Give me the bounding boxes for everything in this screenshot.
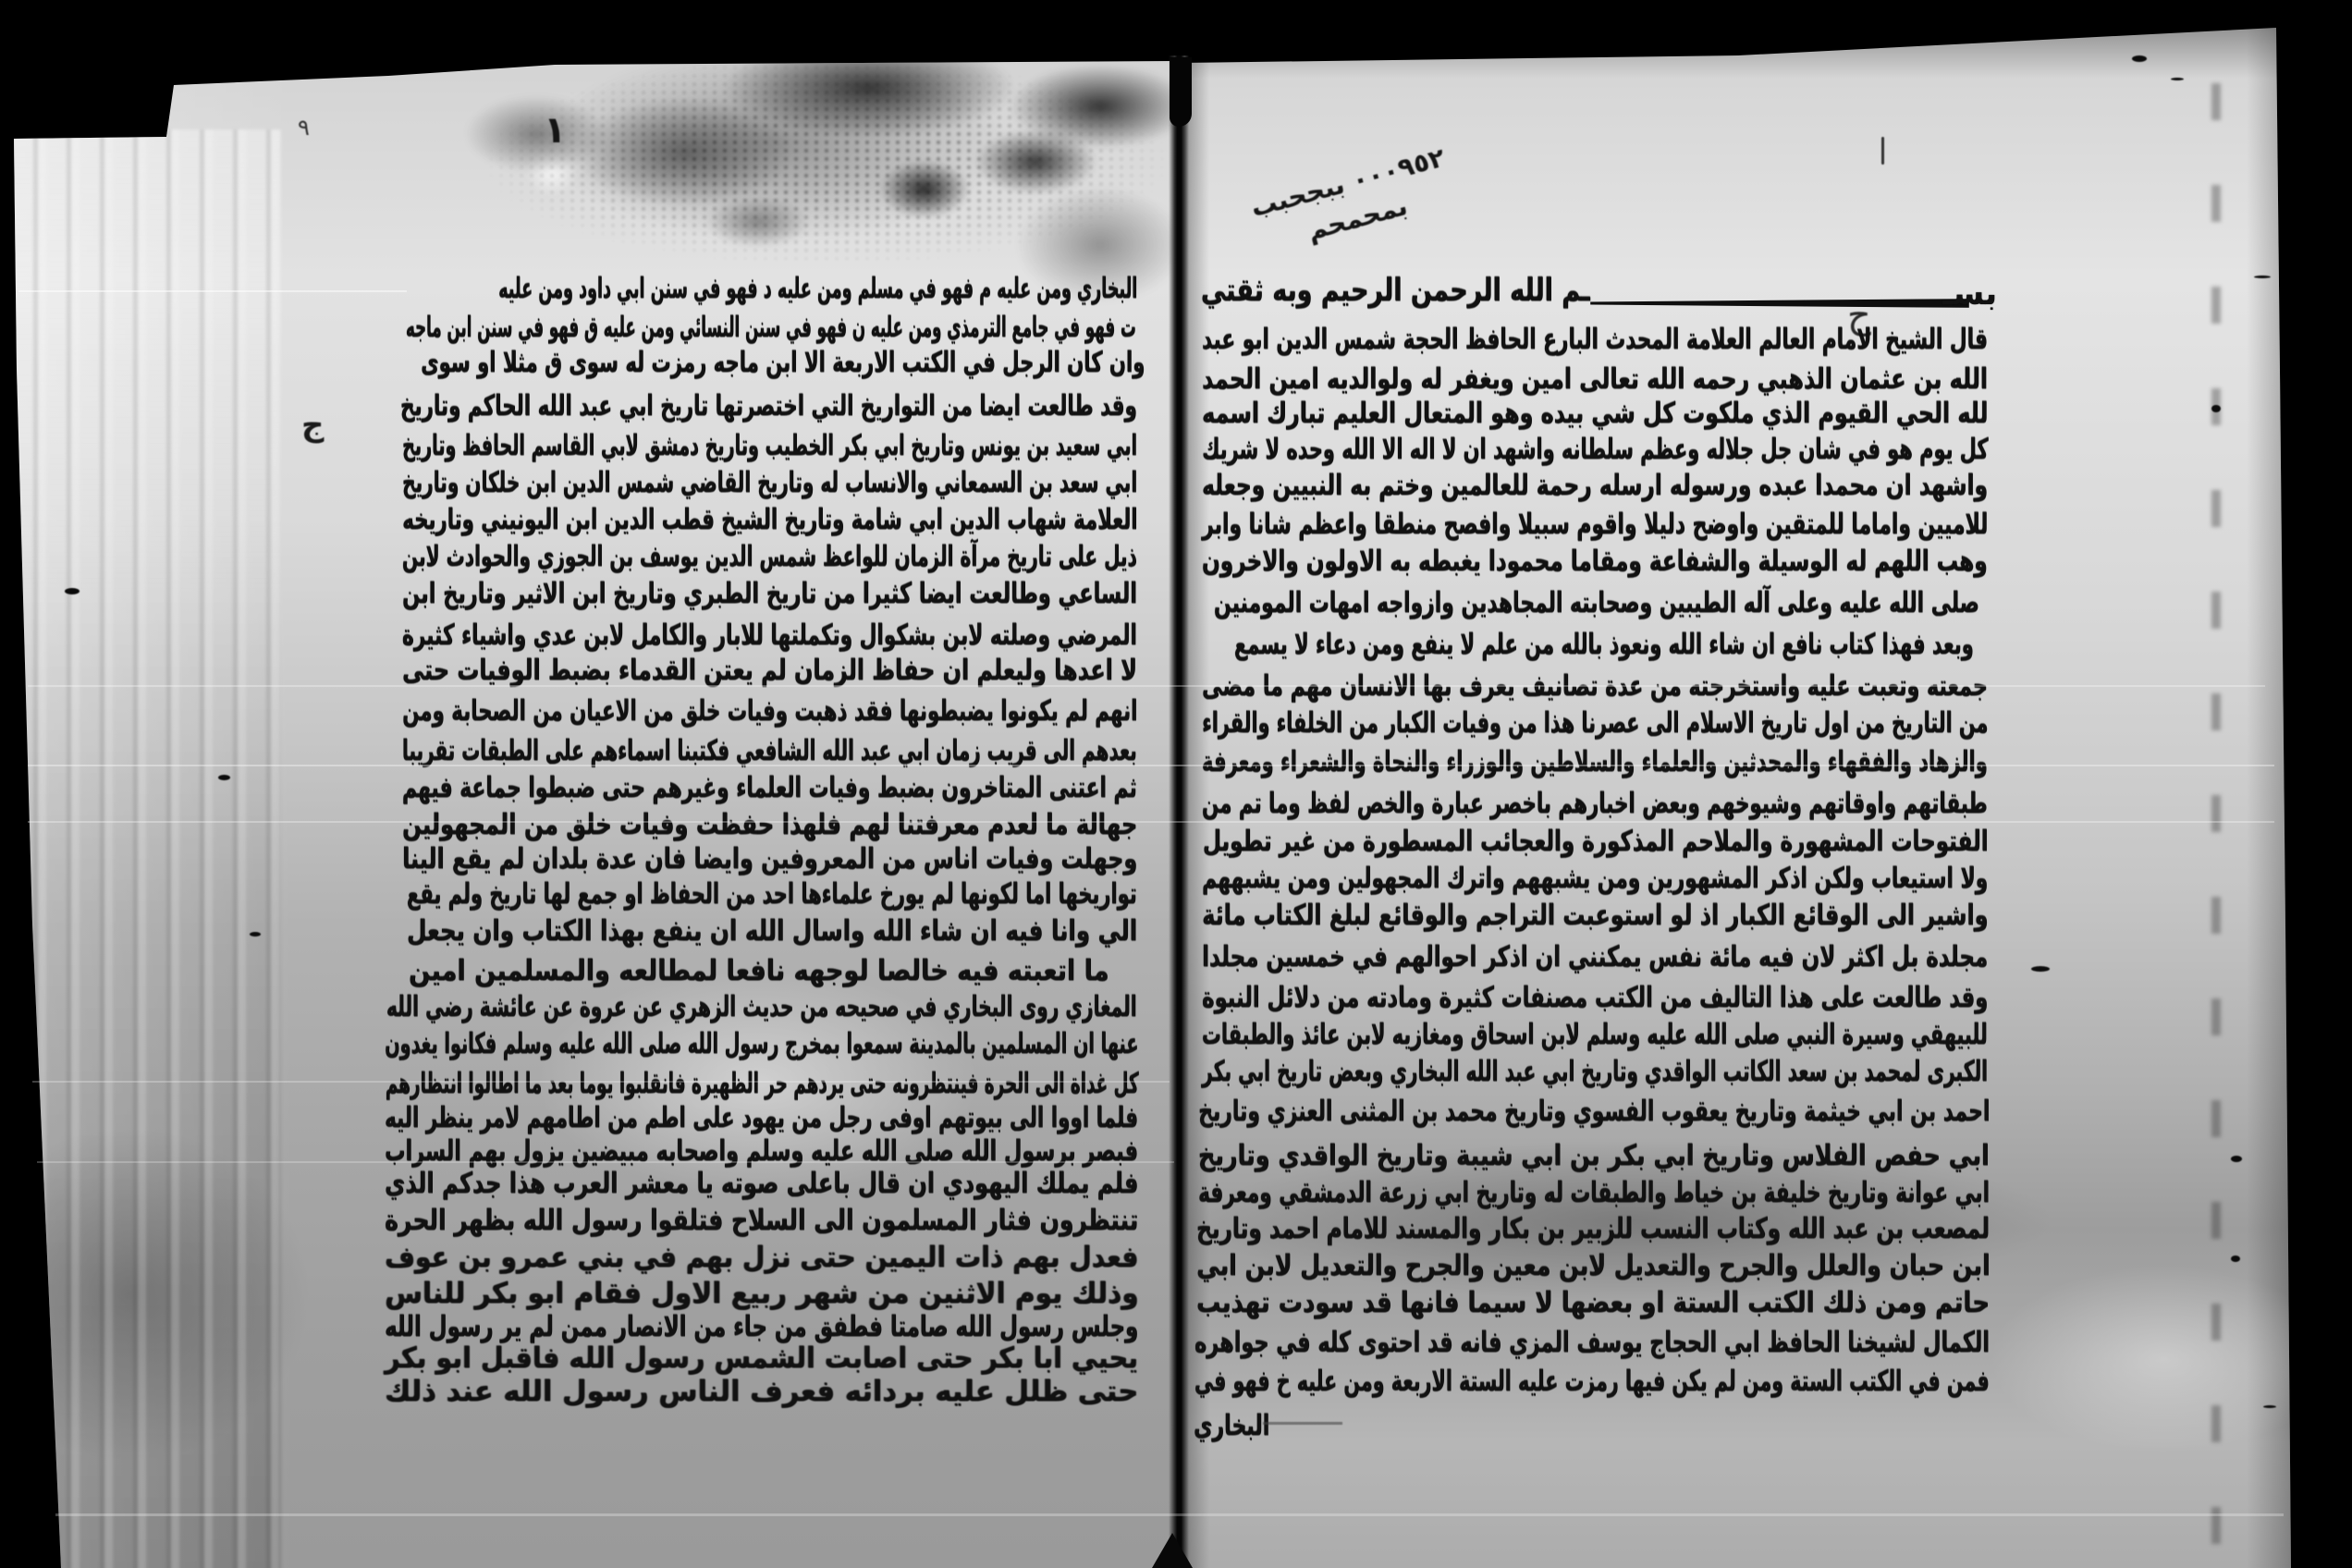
text-line: فمن في الكتب الستة ومن لم يكن فيها رمزت … xyxy=(1194,1361,1990,1402)
text-line: البخاري ومن عليه م فهو في مسلم ومن عليه … xyxy=(498,268,1137,309)
line-text: وقد طالعت على هذا التاليف من الكتب مصنفا… xyxy=(1202,977,1988,1018)
line-text: ابي سعد بن السمعاني والانساب له وتاريخ ا… xyxy=(402,462,1137,503)
text-line: الساعي وطالعت ايضا كثيرا من تاريخ الطبري… xyxy=(402,573,1137,614)
text-line: الي وانا فيه ان شاء الله واسال الله ان ي… xyxy=(407,911,1137,951)
text-line: ولا استيعاب ولكن اذكر المشهورين ومن يشبه… xyxy=(1202,858,1988,899)
text-line: طبقاتهم واوقاتهم وشيوخهم وبعض اخبارهم با… xyxy=(1202,783,1988,824)
text-line: لمصعب بن عبد الله وكتاب النسب للزبير بن … xyxy=(1196,1208,1990,1249)
text-line: وبعد فهذا كتاب نافع ان شاء الله ونعوذ با… xyxy=(1234,624,1974,665)
ink-spot xyxy=(2231,1156,2242,1162)
film-scratch xyxy=(32,1081,1170,1083)
line-text: ولا استيعاب ولكن اذكر المشهورين ومن يشبه… xyxy=(1202,858,1988,899)
film-scratch xyxy=(37,1161,1174,1163)
catchword-stroke xyxy=(1263,1422,1342,1425)
text-line: تواريخها اما لكونها لم يورخ علماءها احد … xyxy=(407,874,1137,914)
text-line: وقد طالعت على هذا التاليف من الكتب مصنفا… xyxy=(1202,977,1988,1018)
line-text: ثم اعتنى المتاخرون بضبط وفيات العلماء وغ… xyxy=(402,767,1137,808)
line-text: لله الحي القيوم الذي ملكوت كل شي بيده وه… xyxy=(1202,393,1988,434)
line-text: صلى الله عليه وعلى آله الطيبين وصحابته ا… xyxy=(1214,582,1979,623)
ink-spot xyxy=(2263,1405,2276,1408)
line-text: المغازي روى البخاري في صحيحه من حديث الز… xyxy=(386,986,1137,1027)
line-text: وقد طالعت ايضا من التواريخ التي اختصرتها… xyxy=(400,386,1137,426)
text-line: وان كان الرجل في الكتب الاربعة الا ابن م… xyxy=(421,342,1145,383)
text-line: واشير الى الوقائع الكبار اذ لو استوعبت ا… xyxy=(1202,895,1988,936)
line-text: فلم يملك اليهودي ان قال باعلى صوته يا مع… xyxy=(385,1163,1138,1204)
text-line: حتى ظلل عليه بردائه فعرف الناس رسول الله… xyxy=(385,1371,1138,1412)
line-text: قال الشيخ الامام العالم العلامة المحدث ا… xyxy=(1202,319,1988,360)
heading-start: بسـ xyxy=(1956,274,1997,314)
top-mark: ١ xyxy=(544,109,566,152)
line-text: الكمال لشيخنا الحافظ ابي الحجاج يوسف الم… xyxy=(1194,1322,1990,1363)
text-line: ابي سعيد بن يونس وتاريخ ابي بكر الخطيب و… xyxy=(402,425,1137,466)
marginal-scribble: ٠٠٠٩٥٢ ببجحبب بمحمحم xyxy=(1200,127,1495,239)
line-text: احمد بن ابي خيثمة وتاريخ يعقوب الفسوي وت… xyxy=(1198,1091,1990,1132)
line-text: وان كان الرجل في الكتب الاربعة الا ابن م… xyxy=(421,342,1145,383)
basmala-heading: ـم الله الرحمن الرحيم وبه ثقتي xyxy=(1201,270,1590,311)
text-line: والزهاد والفقهاء والمحدثين والعلماء والس… xyxy=(1202,741,1988,782)
ink-spot xyxy=(2231,1256,2240,1262)
right-page: ٠٠٠٩٥٢ ببجحبب بمحمحم ح ـم الله الرحمن ال… xyxy=(1183,0,2293,1568)
text-line: وقد طالعت ايضا من التواريخ التي اختصرتها… xyxy=(400,386,1137,426)
line-text: حاتم ومن ذلك الكتب الستة او بعضها لا سيم… xyxy=(1196,1282,1990,1323)
line-text: ابي حفص الفلاس وتاريخ ابي بكر بن ابي شيب… xyxy=(1198,1135,1990,1176)
text-line: الكبرى لمحمد بن سعد الكاتب الواقدي وتاري… xyxy=(1202,1051,1988,1092)
line-text: طبقاتهم واوقاتهم وشيوخهم وبعض اخبارهم با… xyxy=(1202,783,1988,824)
pen-tick xyxy=(1881,137,1884,165)
line-text: البخاري ومن عليه م فهو في مسلم ومن عليه … xyxy=(498,268,1137,309)
film-scratch xyxy=(28,821,2274,823)
text-line: الفتوحات المشهورة والملاحم المذكورة والع… xyxy=(1202,821,1988,862)
ink-spot xyxy=(2031,966,2050,972)
text-line: عنها ان المسلمين بالمدينة سمعوا بمخرج رس… xyxy=(385,1023,1138,1064)
line-text: تواريخها اما لكونها لم يورخ علماءها احد … xyxy=(407,874,1137,914)
line-text: الفتوحات المشهورة والملاحم المذكورة والع… xyxy=(1202,821,1988,862)
ink-spot xyxy=(2211,405,2221,412)
text-line: لله الحي القيوم الذي ملكوت كل شي بيده وه… xyxy=(1202,393,1988,434)
gutter-fold xyxy=(1169,55,1189,1568)
catchword: البخاري xyxy=(1194,1405,1269,1446)
line-text: واشير الى الوقائع الكبار اذ لو استوعبت ا… xyxy=(1202,895,1988,936)
text-line: ثم اعتنى المتاخرون بضبط وفيات العلماء وغ… xyxy=(402,767,1137,808)
line-text: الساعي وطالعت ايضا كثيرا من تاريخ الطبري… xyxy=(402,573,1137,614)
text-line: ما اتعبته فيه خالصا لوجهه نافعا لمطالعه … xyxy=(409,950,1109,991)
line-text: ذيل على تاريخ مرآة الزمان للواعظ شمس الد… xyxy=(402,536,1137,577)
ink-spot xyxy=(65,588,80,594)
catchword-text: البخاري xyxy=(1194,1405,1269,1446)
text-line: من التاريخ من اول تاريخ الاسلام الى عصرن… xyxy=(1202,703,1988,743)
film-scratch xyxy=(28,685,2265,687)
text-line: للبيهقي وسيرة النبي صلى الله عليه وسلم ل… xyxy=(1202,1014,1988,1055)
film-scratch xyxy=(28,765,2274,766)
text-line: قال الشيخ الامام العالم العلامة المحدث ا… xyxy=(1202,319,1988,360)
line-text: ابي عوانة وتاريخ خليفة بن خياط والطبقات … xyxy=(1198,1172,1990,1213)
line-text: وهب اللهم له الوسيلة والشفاعة ومقاما محم… xyxy=(1202,541,1988,582)
text-line: للاميين واماما للمتقين واوضح دليلا واقوم… xyxy=(1202,504,1988,545)
line-text: حتى ظلل عليه بردائه فعرف الناس رسول الله… xyxy=(385,1371,1138,1412)
line-text: ابي سعيد بن يونس وتاريخ ابي بكر الخطيب و… xyxy=(402,425,1137,466)
line-text: الكبرى لمحمد بن سعد الكاتب الواقدي وتاري… xyxy=(1202,1051,1988,1092)
line-text: الي وانا فيه ان شاء الله واسال الله ان ي… xyxy=(407,911,1137,951)
line-text: العلامة شهاب الدين ابي شامة وتاريخ الشيخ… xyxy=(402,499,1137,540)
line-text: انهم لم يكونوا يضبطونها فقد ذهبت وفيات خ… xyxy=(402,691,1137,731)
text-line: ابن حبان والعلل والجرح والتعديل لابن معي… xyxy=(1196,1245,1990,1286)
text-line: ابي عوانة وتاريخ خليفة بن خياط والطبقات … xyxy=(1198,1172,1990,1213)
heading-text: ـم الله الرحمن الرحيم وبه ثقتي xyxy=(1201,270,1590,311)
heading-kashida-stroke xyxy=(1590,299,1969,308)
top-mark: ٩ xyxy=(298,115,310,141)
text-line: العلامة شهاب الدين ابي شامة وتاريخ الشيخ… xyxy=(402,499,1137,540)
text-line: المغازي روى البخاري في صحيحه من حديث الز… xyxy=(386,986,1137,1027)
line-text: كل يوم هو في شان جل جلاله وعظم سلطانه وا… xyxy=(1202,429,1988,470)
text-line: فعدل بهم ذات اليمين حتى نزل بهم في بني ع… xyxy=(385,1237,1138,1278)
text-line: احمد بن ابي خيثمة وتاريخ يعقوب الفسوي وت… xyxy=(1198,1091,1990,1132)
text-line: ذيل على تاريخ مرآة الزمان للواعظ شمس الد… xyxy=(402,536,1137,577)
text-line: انهم لم يكونوا يضبطونها فقد ذهبت وفيات خ… xyxy=(402,691,1137,731)
ink-spot xyxy=(2171,78,2184,80)
left-page: ج ١ ٩ البخاري ومن عليه م فهو في مسلم ومن… xyxy=(0,0,1176,1568)
line-text: من التاريخ من اول تاريخ الاسلام الى عصرن… xyxy=(1202,703,1988,743)
line-text: فعدل بهم ذات اليمين حتى نزل بهم في بني ع… xyxy=(385,1237,1138,1278)
line-text: وبعد فهذا كتاب نافع ان شاء الله ونعوذ با… xyxy=(1234,624,1974,665)
film-scratch xyxy=(55,1513,2284,1516)
line-text: للبيهقي وسيرة النبي صلى الله عليه وسلم ل… xyxy=(1202,1014,1988,1055)
line-text: للاميين واماما للمتقين واوضح دليلا واقوم… xyxy=(1202,504,1988,545)
text-line: مجلدة بل اكثر لان فيه مائة نفس يمكنني ان… xyxy=(1202,937,1988,977)
text-line: وهب اللهم له الوسيلة والشفاعة ومقاما محم… xyxy=(1202,541,1988,582)
microfilm-scan: ج ١ ٩ البخاري ومن عليه م فهو في مسلم ومن… xyxy=(0,0,2352,1568)
text-line: فلم يملك اليهودي ان قال باعلى صوته يا مع… xyxy=(385,1163,1138,1204)
line-text: مجلدة بل اكثر لان فيه مائة نفس يمكنني ان… xyxy=(1202,937,1988,977)
line-text: تنتظرون فثار المسلمون الى السلاح فتلقوا … xyxy=(385,1200,1138,1241)
text-line: صلى الله عليه وعلى آله الطيبين وصحابته ا… xyxy=(1214,582,1979,623)
text-line: الكمال لشيخنا الحافظ ابي الحجاج يوسف الم… xyxy=(1194,1322,1990,1363)
ink-spot xyxy=(2132,55,2147,62)
line-text: عنها ان المسلمين بالمدينة سمعوا بمخرج رس… xyxy=(385,1023,1138,1064)
line-text: ما اتعبته فيه خالصا لوجهه نافعا لمطالعه … xyxy=(409,950,1109,991)
text-line: ابي سعد بن السمعاني والانساب له وتاريخ ا… xyxy=(402,462,1137,503)
line-text: لمصعب بن عبد الله وكتاب النسب للزبير بن … xyxy=(1196,1208,1990,1249)
film-streak xyxy=(2211,83,2221,1562)
text-line: كل يوم هو في شان جل جلاله وعظم سلطانه وا… xyxy=(1202,429,1988,470)
line-text: والزهاد والفقهاء والمحدثين والعلماء والس… xyxy=(1202,741,1988,782)
text-line: واشهد ان محمدا عبده ورسوله ارسله رحمة لل… xyxy=(1202,465,1988,506)
gutter-top-shadow xyxy=(1170,57,1192,127)
text-line: ابي حفص الفلاس وتاريخ ابي بكر بن ابي شيب… xyxy=(1198,1135,1990,1176)
text-line: حاتم ومن ذلك الكتب الستة او بعضها لا سيم… xyxy=(1196,1282,1990,1323)
ink-spot xyxy=(2254,276,2271,278)
line-text: ابن حبان والعلل والجرح والتعديل لابن معي… xyxy=(1196,1245,1990,1286)
text-line: تنتظرون فثار المسلمون الى السلاح فتلقوا … xyxy=(385,1200,1138,1241)
line-text: واشهد ان محمدا عبده ورسوله ارسله رحمة لل… xyxy=(1202,465,1988,506)
line-text: فمن في الكتب الستة ومن لم يكن فيها رمزت … xyxy=(1194,1361,1990,1402)
film-scratch xyxy=(18,290,407,292)
